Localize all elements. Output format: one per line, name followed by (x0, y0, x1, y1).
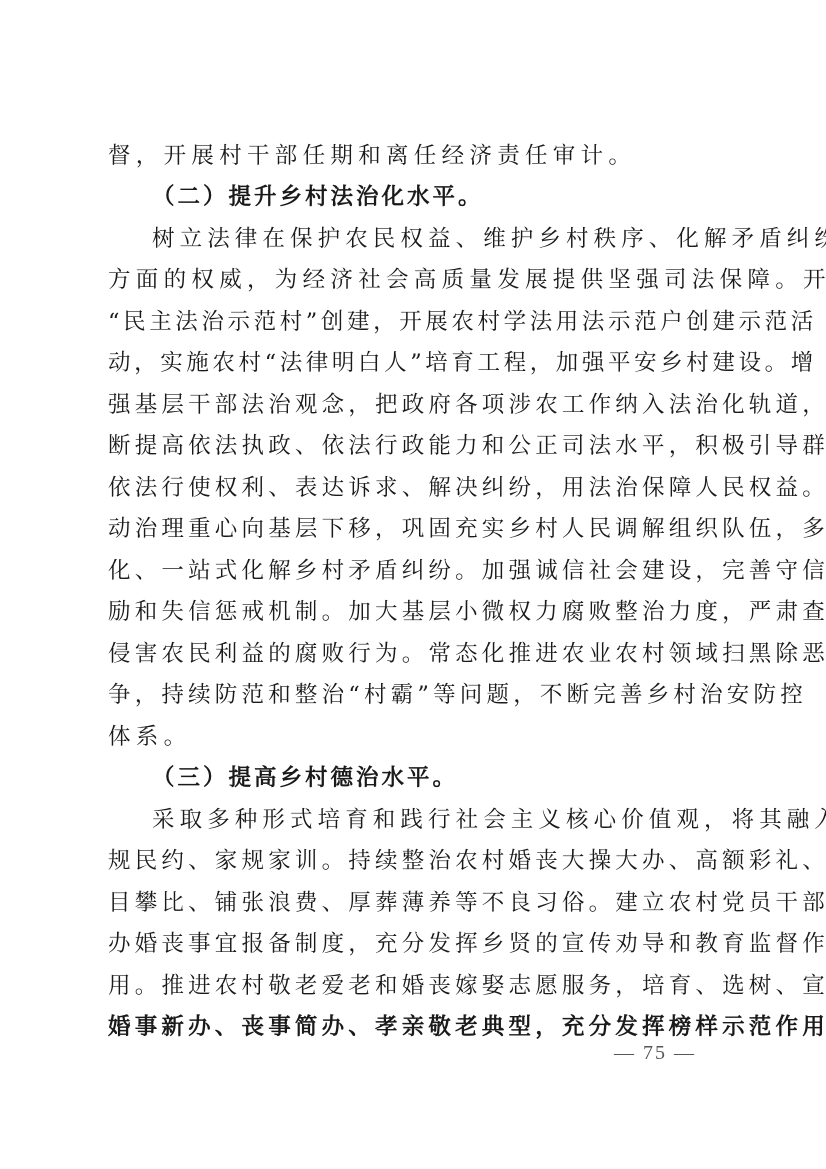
text-line: 方面的权威，为经济社会高质量发展提供坚强司法保障。开展 (108, 265, 728, 295)
text-line: 目攀比、铺张浪费、厚葬薄养等不良习俗。建立农村党员干部操 (108, 888, 728, 918)
page-number: — 75 — (600, 1040, 710, 1066)
text-line: 动，实施农村“法律明白人”培育工程，加强平安乡村建设。增 (108, 348, 728, 378)
text-line: 督，开展村干部任期和离任经济责任审计。 (108, 141, 728, 171)
text-line: 化、一站式化解乡村矛盾纠纷。加强诚信社会建设，完善守信激 (108, 556, 728, 586)
text-line: 办婚丧事宜报备制度，充分发挥乡贤的宣传劝导和教育监督作 (108, 929, 728, 959)
section-heading-3: （三）提高乡村德治水平。 (152, 763, 772, 793)
paragraph-start: 采取多种形式培育和践行社会主义核心价值观，将其融入村 (152, 805, 772, 835)
text-line: 强基层干部法治观念，把政府各项涉农工作纳入法治化轨道，不 (108, 390, 728, 420)
text-line: 动治理重心向基层下移，巩固充实乡村人民调解组织队伍，多元 (108, 514, 728, 544)
text-line: 依法行使权利、表达诉求、解决纠纷，用法治保障人民权益。推 (108, 473, 728, 503)
text-line: 励和失信惩戒机制。加大基层小微权力腐败整治力度，严肃查处 (108, 597, 728, 627)
text-line: “民主法治示范村”创建，开展农村学法用法示范户创建示范活 (108, 307, 728, 337)
section-heading-2: （二）提升乡村法治化水平。 (152, 182, 772, 212)
text-line: 体系。 (108, 722, 728, 752)
document-page: 督，开展村干部任期和离任经济责任审计。 （二）提升乡村法治化水平。 树立法律在保… (0, 0, 826, 1169)
text-line: 用。推进农村敬老爱老和婚丧嫁娶志愿服务，培育、选树、宣传 (108, 971, 728, 1001)
text-line: 断提高依法执政、依法行政能力和公正司法水平，积极引导群众 (108, 431, 728, 461)
text-line: 规民约、家规家训。持续整治农村婚丧大操大办、高额彩礼、盲 (108, 846, 728, 876)
text-line: 侵害农民利益的腐败行为。常态化推进农业农村领域扫黑除恶斗 (108, 639, 728, 669)
text-line: 婚事新办、丧事简办、孝亲敬老典型，充分发挥榜样示范作用。 (108, 1012, 728, 1042)
paragraph-start: 树立法律在保护农民权益、维护乡村秩序、化解矛盾纠纷等 (152, 224, 772, 254)
text-line: 争，持续防范和整治“村霸”等问题，不断完善乡村治安防控 (108, 680, 728, 710)
